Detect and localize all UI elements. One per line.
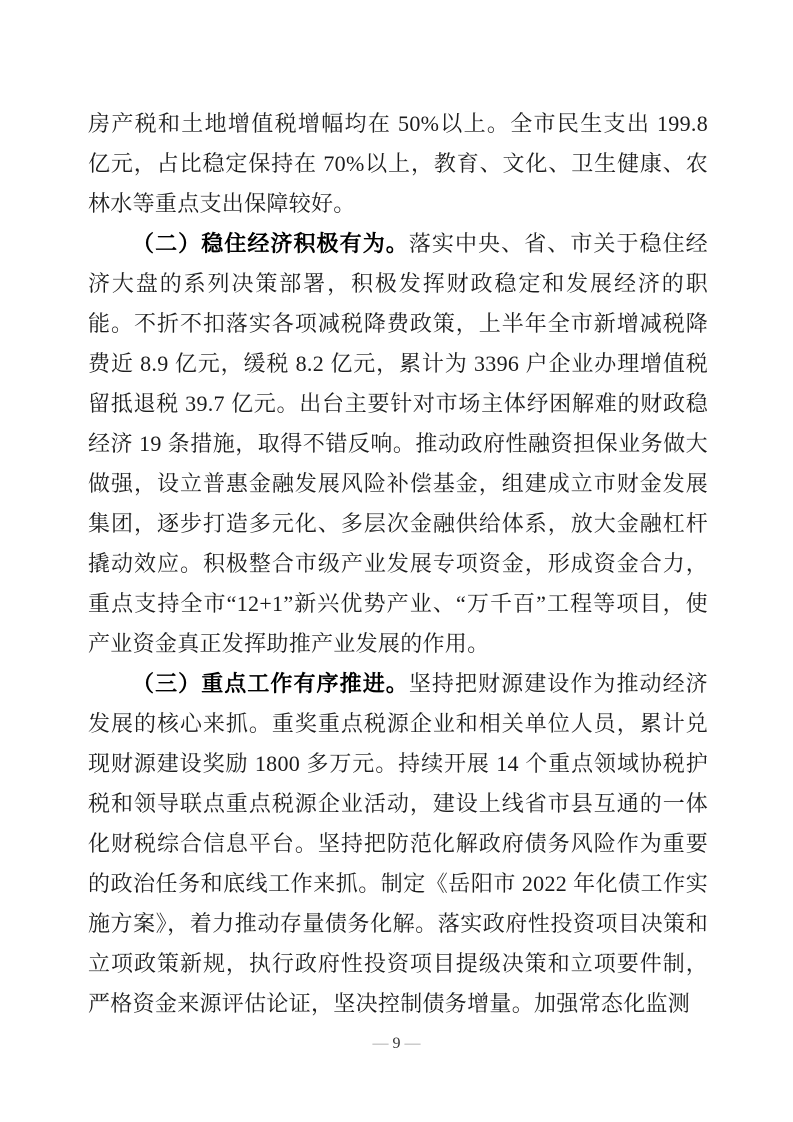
- paragraph-section-3: （三）重点工作有序推进。坚持把财源建设作为推动经济发展的核心来抓。重奖重点税源企…: [88, 664, 708, 1024]
- paragraph-text: 坚持把财源建设作为推动经济发展的核心来抓。重奖重点税源企业和相关单位人员，累计兑…: [88, 671, 708, 1016]
- document-body: 房产税和土地增值税增幅均在 50%以上。全市民生支出 199.8 亿元，占比稳定…: [88, 104, 708, 1024]
- section-2-heading: （二）稳住经济积极有为。: [132, 231, 409, 256]
- paragraph-text: 落实中央、省、市关于稳住经济大盘的系列决策部署，积极发挥财政稳定和发展经济的职能…: [88, 231, 708, 656]
- footer-dash-left: —: [373, 1035, 389, 1052]
- paragraph-continuation: 房产税和土地增值税增幅均在 50%以上。全市民生支出 199.8 亿元，占比稳定…: [88, 104, 708, 224]
- page-footer: —9—: [0, 1034, 793, 1054]
- footer-dash-right: —: [405, 1035, 421, 1052]
- paragraph-section-2: （二）稳住经济积极有为。落实中央、省、市关于稳住经济大盘的系列决策部署，积极发挥…: [88, 224, 708, 664]
- page-number: 9: [393, 1035, 401, 1052]
- document-page: 房产税和土地增值税增幅均在 50%以上。全市民生支出 199.8 亿元，占比稳定…: [0, 0, 793, 1122]
- paragraph-text: 房产税和土地增值税增幅均在 50%以上。全市民生支出 199.8 亿元，占比稳定…: [88, 111, 708, 216]
- section-3-heading: （三）重点工作有序推进。: [132, 671, 409, 696]
